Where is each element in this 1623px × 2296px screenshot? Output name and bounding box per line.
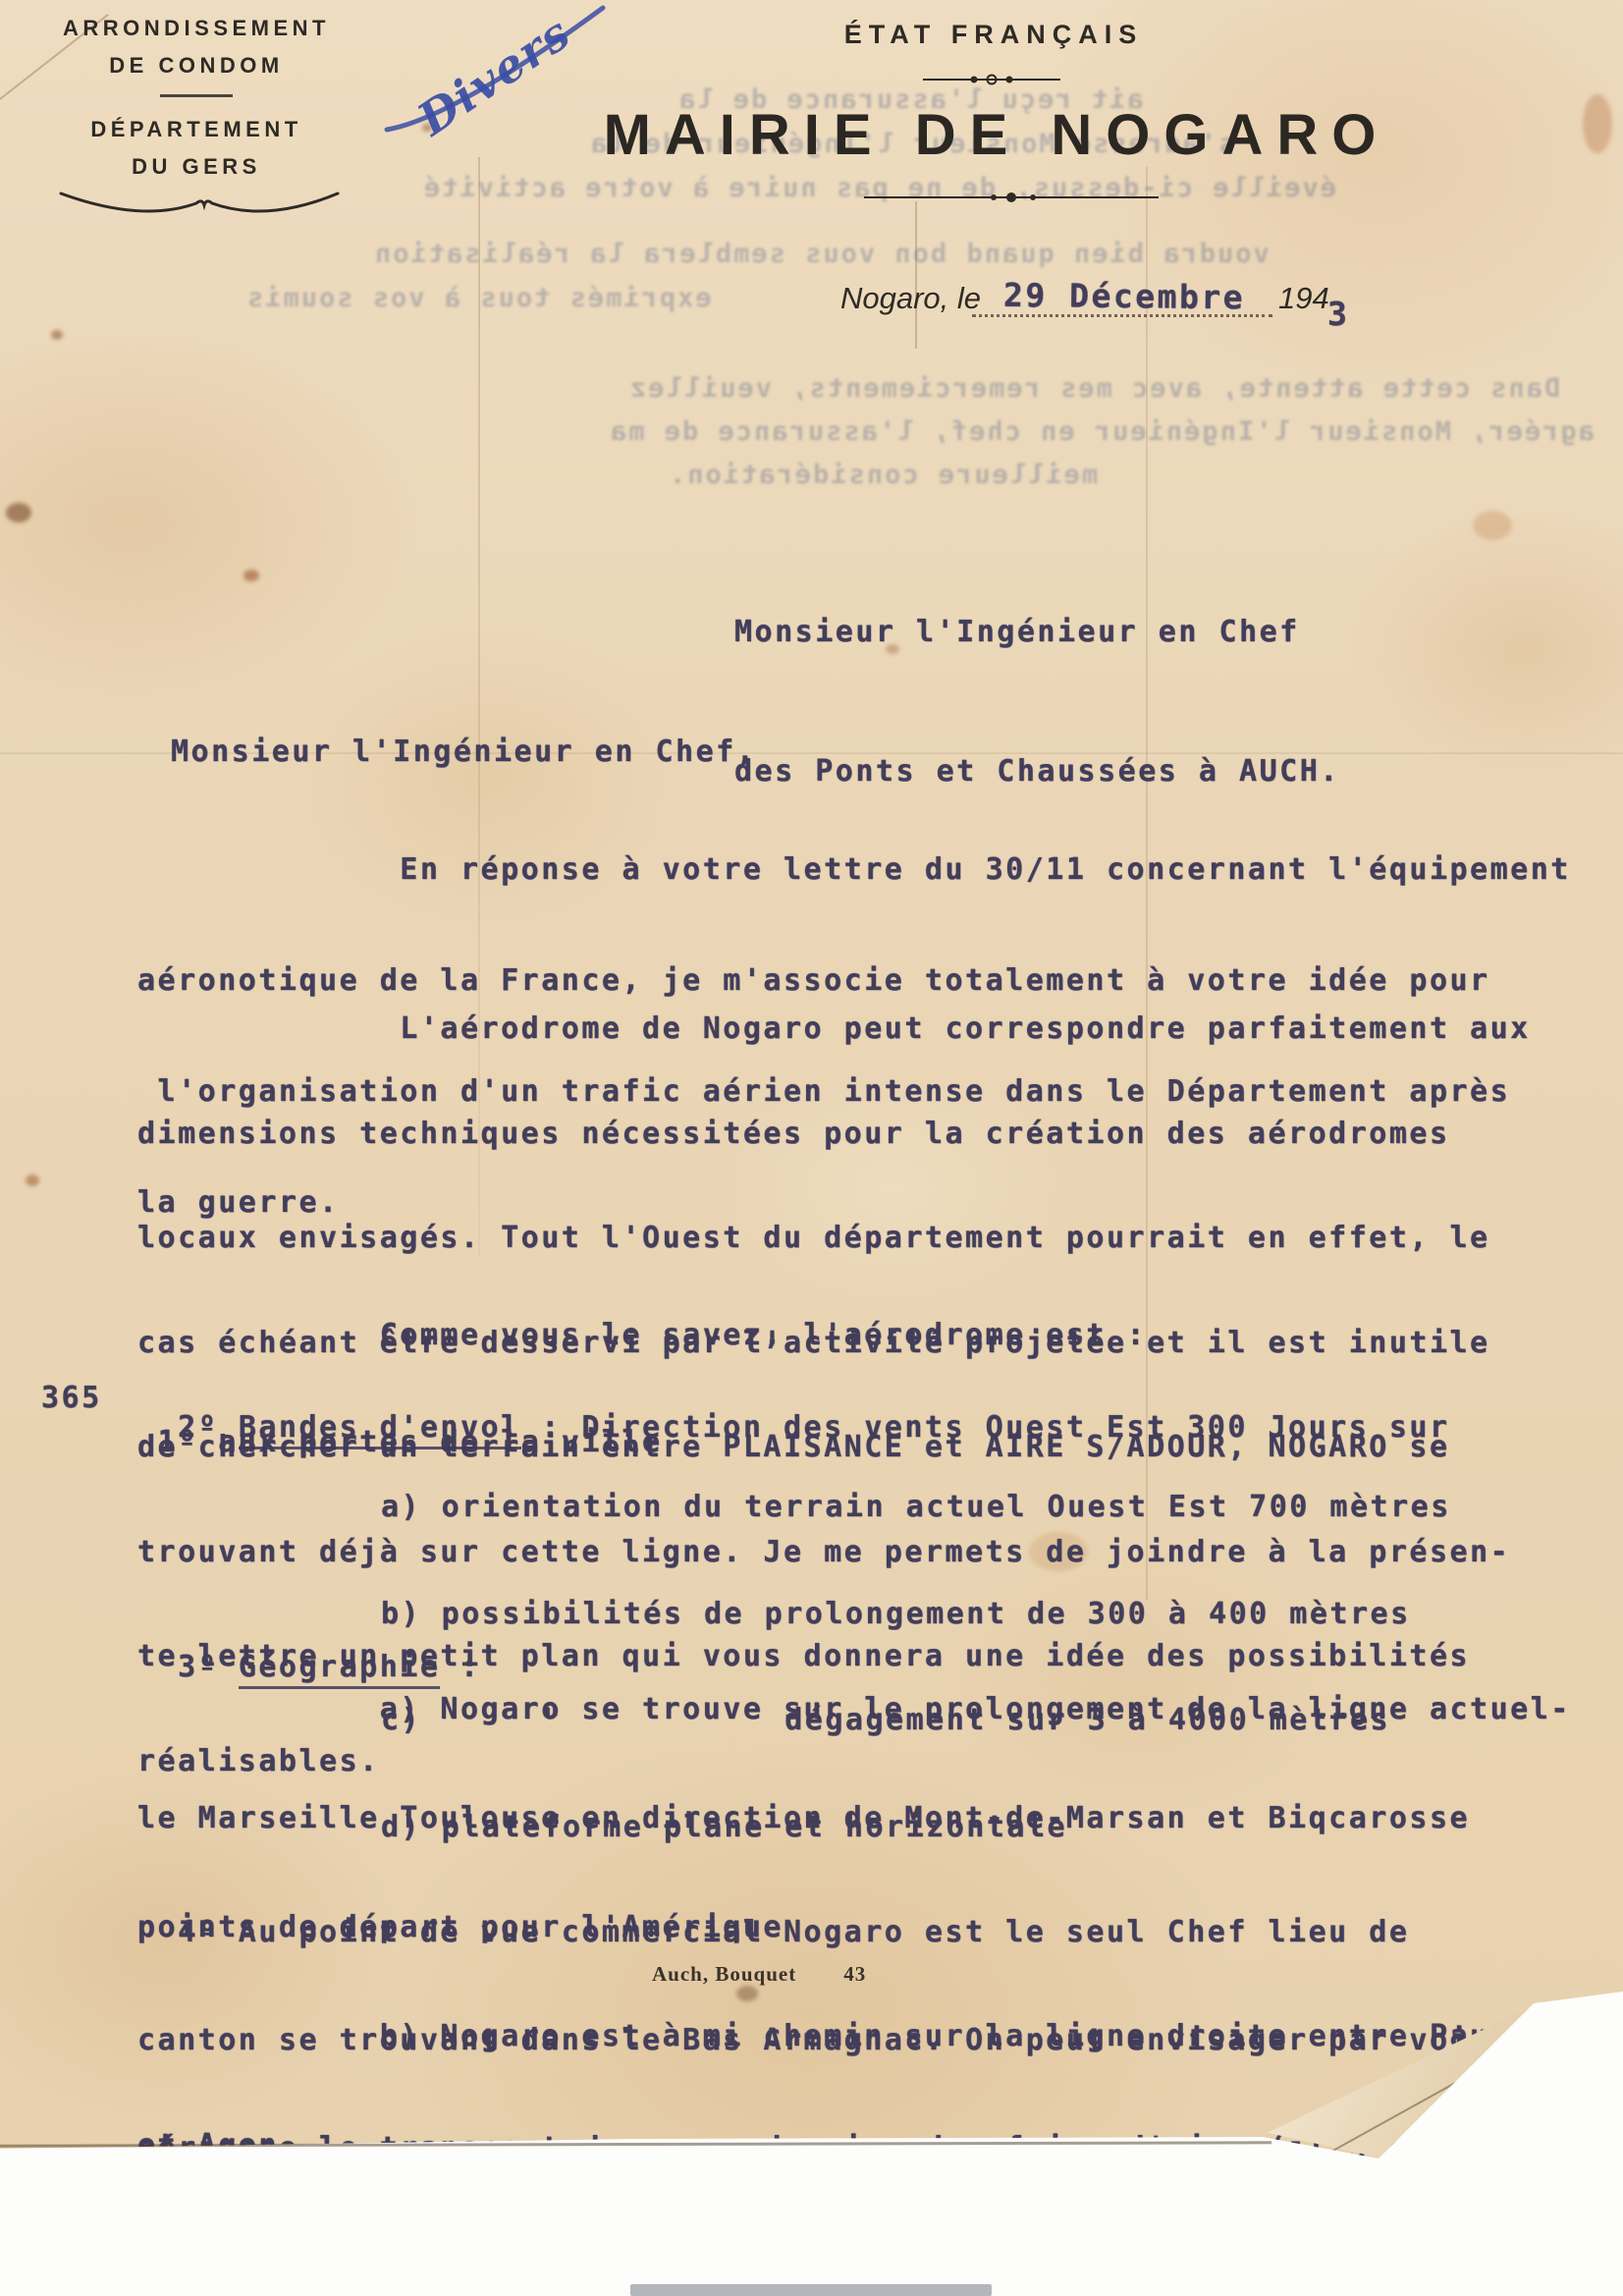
printed-year: 194 [1278,281,1329,316]
letterhead-left-block: ARRONDISSEMENT DE CONDOM DÉPARTEMENT DU … [57,16,336,230]
arrondissement-line: DE CONDOM [57,53,336,79]
imprint-number: 43 [843,1962,866,1986]
section-4-body: 4º Au point de vue commercial Nogaro est… [137,1844,1490,2237]
scanned-letter-page: ait reçu l'assurance de la s'adresse Mon… [0,0,1623,2296]
long-divider-ornament [864,191,1159,204]
rule-divider [160,94,233,97]
letter-line: En réponse à votre lettre du 30/11 conce… [137,848,1571,891]
arrondissement-line: ARRONDISSEMENT [57,16,336,41]
paper-stain [1473,511,1512,540]
bleedthrough-text: meilleure considération. [668,460,1098,490]
letter-line: canton se trouvant dans le Bas Armagnac.… [137,2021,1490,2060]
departement-line: DÉPARTEMENT [57,117,336,142]
bleedthrough-text: agréer, Monsieur l'Ingénieur en chef, l'… [609,416,1595,447]
imprint-text: Auch, Bouquet [652,1962,796,1986]
paper-crease [915,201,917,349]
printer-imprint: Auch, Bouquet43 [652,1962,866,1987]
letter-line: L'aérodrome de Nogaro peut correspondre … [137,1011,1531,1048]
scanner-edge-strip [630,2284,992,2296]
overflow-number: 365 [41,1381,102,1415]
rust-stain [6,503,31,522]
dateline-prefix: Nogaro, le [840,281,981,316]
mairie-de-nogaro-title: MAIRIE DE NOGARO [481,102,1512,168]
paper-sheet: ait reçu l'assurance de la s'adresse Mon… [0,0,1623,2160]
small-divider-ornament [923,73,1060,86]
edge-stain [1583,94,1612,153]
bleedthrough-text: Dans cette attente, avec mes remerciemen… [628,373,1560,404]
salutation: Monsieur l'Ingénieur en Chef, [171,735,756,769]
departement-line: DU GERS [57,154,336,180]
letter-line: le Marseille Toulouse en direction de Mo… [137,1798,1571,1838]
recipient-line: Monsieur l'Ingénieur en Chef [734,597,1340,668]
etat-francais-heading: ÉTAT FRANÇAIS [797,20,1190,50]
letter-line: a) orientation du terrain actuel Ouest E… [381,1489,1451,1527]
rust-stain [243,570,259,581]
brace-ornament [57,190,342,225]
bleedthrough-text: voudra bien quand bon vous semblera la r… [373,239,1270,269]
typed-date: 29 Décembre [1003,276,1245,317]
letter-line: dimensions techniques nécessitées pour l… [137,1117,1531,1153]
letter-line: a) Nogaro se trouve sur le prolongement … [137,1689,1571,1729]
rust-stain [51,330,63,340]
rust-stain [26,1175,39,1186]
typed-year-digit: 3 [1327,295,1349,333]
letter-line: 4º Au point de vue commercial Nogaro est… [137,1913,1490,1952]
